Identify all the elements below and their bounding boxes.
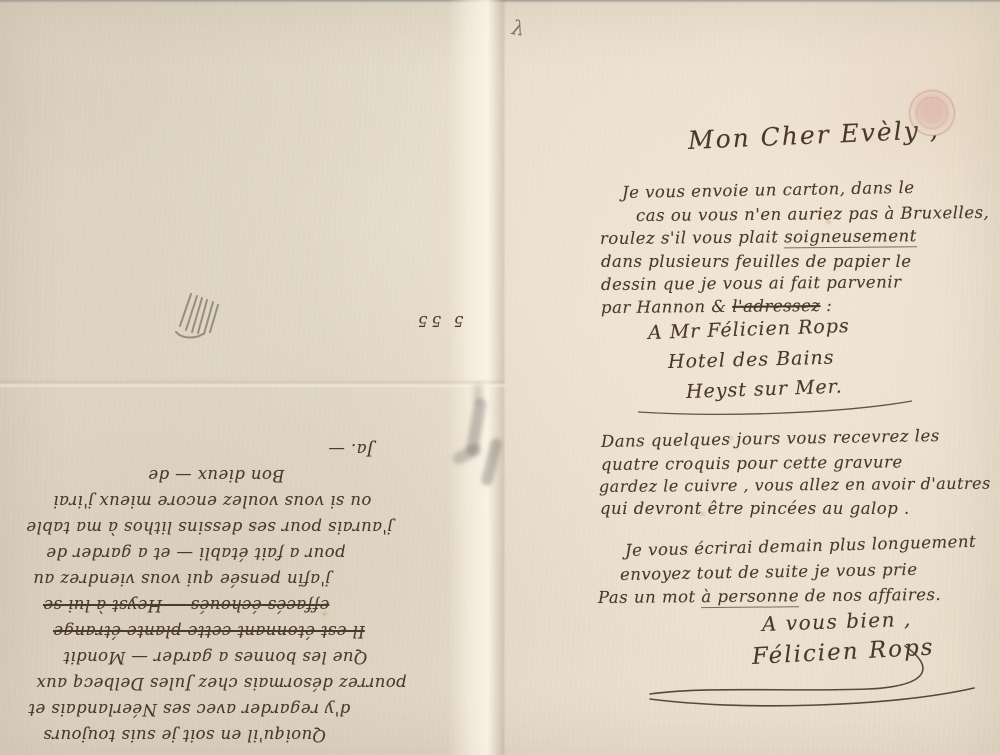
verso-line: Bon dieux — de (16, 462, 490, 488)
letter-line-text: : (820, 296, 832, 315)
inventory-number: 5 55 (414, 312, 463, 330)
letter-line: Dans quelques jours vous recevrez les (601, 426, 940, 451)
verso-line: j'afin pensée qui vous viendrez au (16, 566, 490, 592)
underlined-word: soigneusement (784, 226, 917, 248)
letter-line: quatre croquis pour cette gravure (601, 452, 903, 474)
verso-line: pour a fait établi — et a garder de (16, 540, 490, 566)
letter-line: dans plusieurs feuilles de papier le (601, 252, 912, 271)
letter-line-text: de nos affaires. (799, 585, 941, 605)
verso-line: Quoiqu'il en soit je suis toujours (16, 722, 490, 748)
letter-line: qui devront être pincées au galop . (600, 499, 910, 518)
verso-line: pourrez désormais chez Jules Delbecq aux (16, 670, 490, 696)
letter-line: Je vous écrirai demain plus longuement (625, 532, 977, 560)
verso-text-block: Quoiqu'il en soit je suis toujours d'y r… (16, 436, 490, 748)
verso-line: j'aurais pour ses dessins lithos à ma ta… (16, 514, 490, 540)
address-line: Hotel des Bains (668, 347, 835, 373)
pencil-scribble (168, 286, 246, 342)
ink-smudge (474, 384, 482, 404)
letter-line: Je vous envoie un carton, dans le (622, 178, 915, 202)
letter-scan-paper: λ 5 55 Mon Cher Evèly , Je vous envoie u… (0, 0, 1000, 755)
letter-salutation: Mon Cher Evèly , (687, 115, 940, 155)
verso-line: Ja. — (16, 436, 490, 462)
address-line: A Mr Félicien Rops (648, 315, 850, 344)
verso-line: Que les bonnes a garder — Mondit (16, 644, 490, 670)
letter-line: roulez s'il vous plait soigneusement (600, 226, 917, 248)
letter-line: cas ou vous n'en auriez pas à Bruxelles, (636, 203, 989, 225)
underlined-phrase: à personne (701, 586, 799, 608)
struck-word: l'adressez (732, 296, 820, 316)
letter-line-text: Pas un mot (598, 587, 702, 607)
letter-line-text: roulez s'il vous plait (600, 227, 784, 248)
letter-line: envoyez tout de suite je vous prie (620, 560, 918, 584)
letter-line-text: par Hannon & (601, 297, 732, 317)
letter-line: gardez le cuivre , vous allez en avoir d… (599, 474, 991, 496)
verso-line: d'y regarder avec ses Néerlandais et (16, 696, 490, 722)
letter-line: dessin que je vous ai fait parvenir (601, 272, 902, 294)
verso-line-struck: Il est étonnant cette plante étrange (16, 618, 490, 644)
verso-line-struck: effacés échoués — Heyst à lui se (16, 592, 490, 618)
address-underline-swash (628, 398, 920, 418)
corner-pencil-mark: λ (510, 15, 526, 41)
signature-flourish (600, 628, 1000, 718)
letter-line: Pas un mot à personne de nos affaires. (598, 585, 941, 607)
letter-line: par Hannon & l'adressez : (601, 296, 832, 317)
verso-line: ou si vous voulez encore mieux j'irai (16, 488, 490, 514)
horizontal-fold-crease (0, 379, 505, 388)
